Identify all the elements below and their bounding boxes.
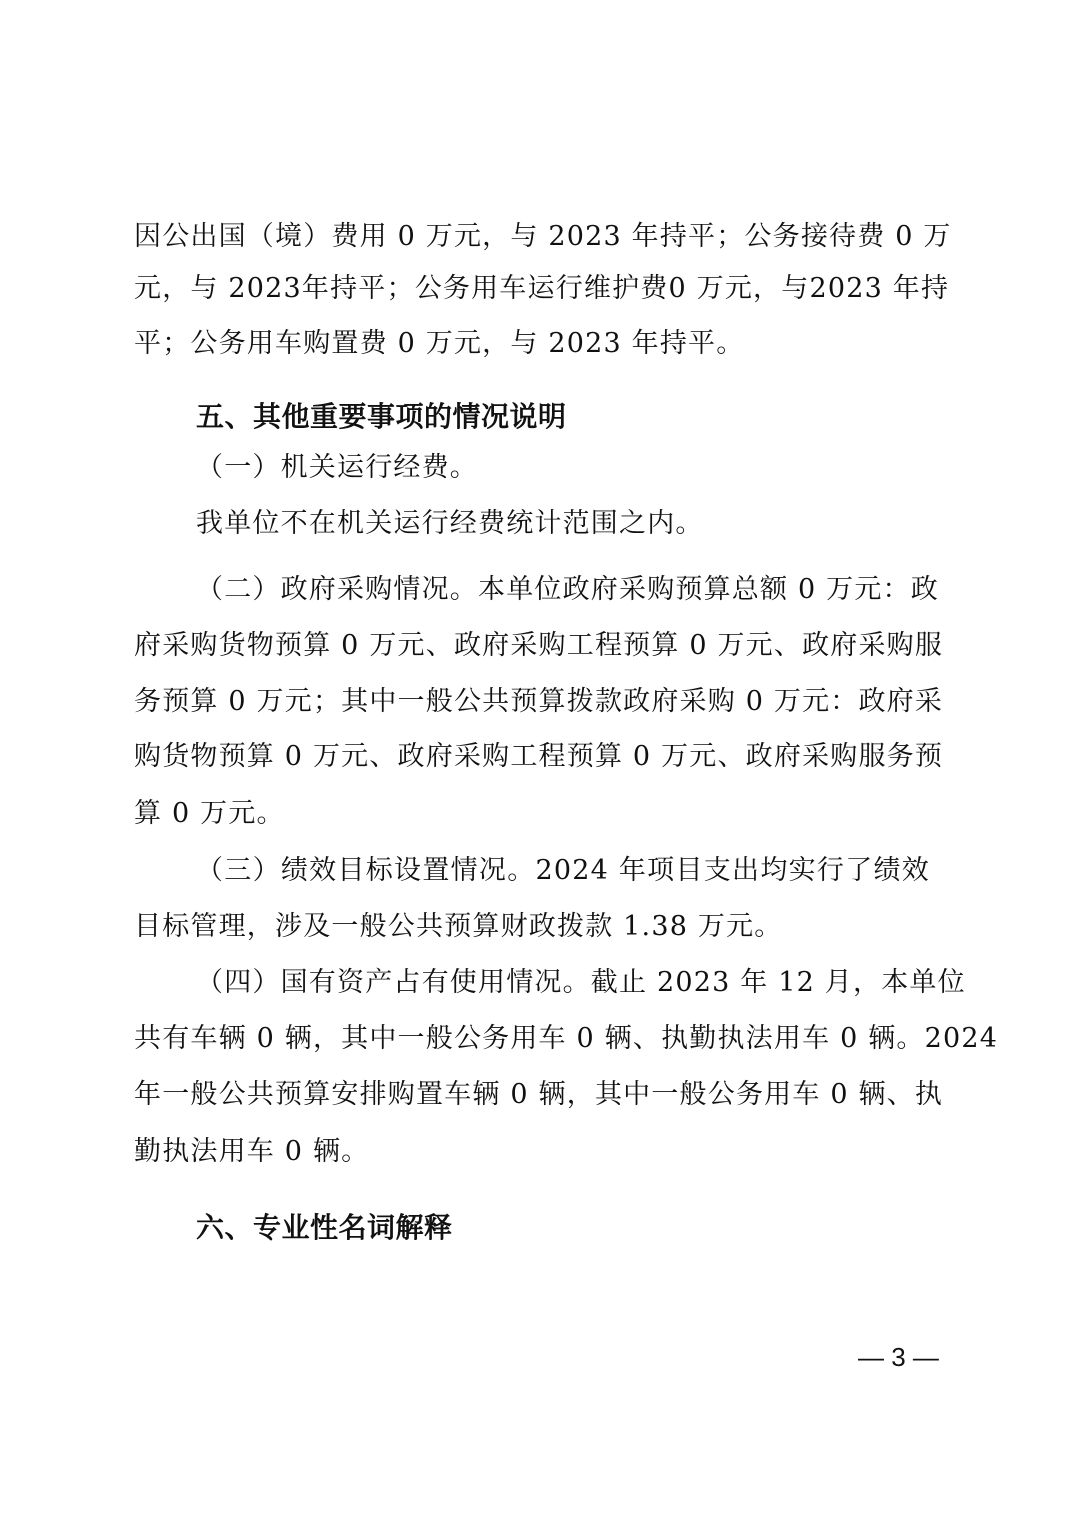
- document-page: 因公出国（境）费用 0 万元，与 2023 年持平；公务接待费 0 万 元，与 …: [0, 0, 1074, 1520]
- sub1-title: （一）机关运行经费。: [196, 451, 930, 485]
- intro-line-1: 因公出国（境）费用 0 万元，与 2023 年持平；公务接待费 0 万: [134, 220, 930, 254]
- sub4-line-3: 年一般公共预算安排购置车辆 0 辆，其中一般公务用车 0 辆、执: [134, 1078, 930, 1112]
- sub3-line-1: （三）绩效目标设置情况。2024 年项目支出均实行了绩效: [196, 854, 930, 888]
- sub3-line-2: 目标管理，涉及一般公共预算财政拨款 1.38 万元。: [134, 910, 930, 944]
- sub2-line-5: 算 0 万元。: [134, 797, 930, 831]
- sub4-line-4: 勤执法用车 0 辆。: [134, 1135, 930, 1169]
- sub2-line-2: 府采购货物预算 0 万元、政府采购工程预算 0 万元、政府采购服: [134, 629, 930, 663]
- intro-line-2: 元，与 2023年持平；公务用车运行维护费0 万元，与2023 年持: [134, 272, 930, 306]
- sub4-line-2: 共有车辆 0 辆，其中一般公务用车 0 辆、执勤执法用车 0 辆。2024: [134, 1022, 930, 1056]
- sub1-body: 我单位不在机关运行经费统计范围之内。: [196, 507, 930, 541]
- sub2-line-1: （二）政府采购情况。本单位政府采购预算总额 0 万元：政: [196, 573, 930, 607]
- sub2-line-3: 务预算 0 万元；其中一般公共预算拨款政府采购 0 万元：政府采: [134, 685, 930, 719]
- section-6-heading: 六、专业性名词解释: [196, 1211, 453, 1245]
- sub4-line-1: （四）国有资产占有使用情况。截止 2023 年 12 月，本单位: [196, 966, 930, 1000]
- sub2-line-4: 购货物预算 0 万元、政府采购工程预算 0 万元、政府采购服务预: [134, 740, 930, 774]
- intro-line-3: 平；公务用车购置费 0 万元，与 2023 年持平。: [134, 327, 930, 361]
- page-number: — 3 —: [858, 1340, 939, 1374]
- section-5-heading: 五、其他重要事项的情况说明: [196, 400, 567, 434]
